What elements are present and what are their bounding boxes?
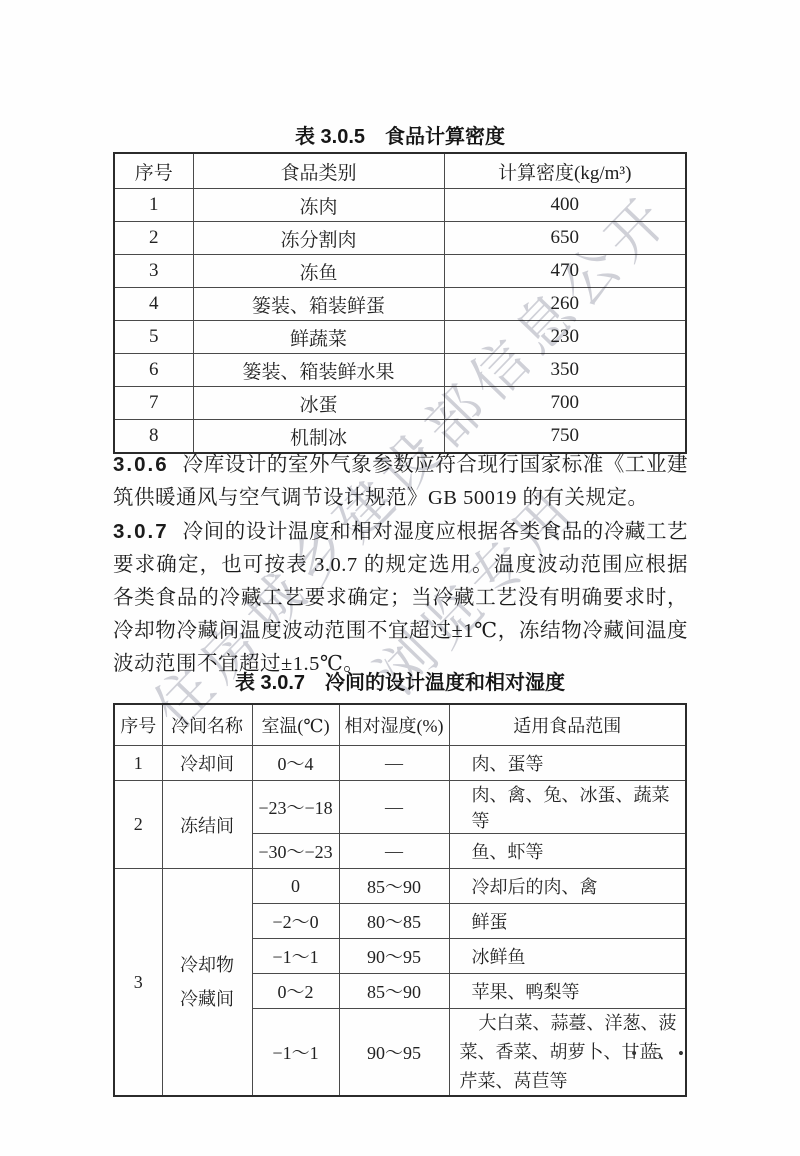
- clause-number: 3.0.6: [113, 453, 169, 476]
- cell-room-name: 冻结间: [162, 781, 252, 869]
- cell-humidity: —: [339, 781, 449, 834]
- table-row: 2 冻分割肉 650: [114, 222, 686, 255]
- table-row: 1 冻肉 400: [114, 189, 686, 222]
- table-row: 7 冰蛋 700: [114, 387, 686, 420]
- cell-foods: 鱼、虾等: [449, 834, 686, 869]
- cell-density: 260: [444, 288, 686, 321]
- cell-humidity: —: [339, 834, 449, 869]
- cell-temp: 0: [252, 869, 339, 904]
- table-row: 5 鲜蔬菜 230: [114, 321, 686, 354]
- table-row: 4 篓装、箱装鲜蛋 260: [114, 288, 686, 321]
- cell-density: 650: [444, 222, 686, 255]
- cell-temp: 0～4: [252, 746, 339, 781]
- cell-seq: 1: [114, 746, 162, 781]
- clause-3-0-7: 3.0.7冷间的设计温度和相对湿度应根据各类食品的冷藏工艺要求确定，也可按表 3…: [113, 515, 688, 681]
- cell-seq: 6: [114, 354, 193, 387]
- cell-category: 冻肉: [193, 189, 444, 222]
- t2-header-foods: 适用食品范围: [449, 704, 686, 746]
- cell-seq: 5: [114, 321, 193, 354]
- cell-density: 700: [444, 387, 686, 420]
- table-row: 3 冻鱼 470: [114, 255, 686, 288]
- cell-temp: −30～−23: [252, 834, 339, 869]
- table-3-0-5-title: 表 3.0.5 食品计算密度: [0, 120, 800, 149]
- cell-humidity: 85～90: [339, 974, 449, 1009]
- cell-foods: 肉、禽、兔、冰蛋、蔬菜等: [449, 781, 686, 834]
- t1-header-category: 食品类别: [193, 153, 444, 189]
- page-number: • 5 •: [0, 1044, 690, 1064]
- cell-temp: −1～1: [252, 939, 339, 974]
- cell-category: 冻分割肉: [193, 222, 444, 255]
- clause-text: 冷间的设计温度和相对湿度应根据各类食品的冷藏工艺要求确定，也可按表 3.0.7 …: [113, 521, 688, 675]
- cell-category: 冻鱼: [193, 255, 444, 288]
- cell-humidity: 85～90: [339, 869, 449, 904]
- table-header-row: 序号 食品类别 计算密度(kg/m³): [114, 153, 686, 189]
- t2-header-seq: 序号: [114, 704, 162, 746]
- table-3-0-5: 序号 食品类别 计算密度(kg/m³) 1 冻肉 400 2 冻分割肉 650 …: [113, 152, 687, 454]
- cell-foods: 冰鲜鱼: [449, 939, 686, 974]
- clause-3-0-6: 3.0.6冷库设计的室外气象参数应符合现行国家标准《工业建筑供暖通风与空气调节设…: [113, 448, 688, 515]
- cell-seq: 2: [114, 222, 193, 255]
- cell-humidity: —: [339, 746, 449, 781]
- table-row: 6 篓装、箱装鲜水果 350: [114, 354, 686, 387]
- t2-header-room-temp: 室温(℃): [252, 704, 339, 746]
- t2-header-humidity: 相对湿度(%): [339, 704, 449, 746]
- table-row: 2 冻结间 −23～−18 — 肉、禽、兔、冰蛋、蔬菜等: [114, 781, 686, 834]
- cell-density: 230: [444, 321, 686, 354]
- cell-foods: 冷却后的肉、禽: [449, 869, 686, 904]
- cell-category: 篓装、箱装鲜水果: [193, 354, 444, 387]
- cell-seq: 7: [114, 387, 193, 420]
- cell-density: 470: [444, 255, 686, 288]
- cell-temp: −2～0: [252, 904, 339, 939]
- cell-foods: 苹果、鸭梨等: [449, 974, 686, 1009]
- cell-seq: 3: [114, 255, 193, 288]
- cell-seq: 2: [114, 781, 162, 869]
- room-name-text: 冷却物冷藏间: [180, 948, 235, 1016]
- cell-foods: 肉、蛋等: [449, 746, 686, 781]
- t1-header-seq: 序号: [114, 153, 193, 189]
- table-3-0-7-title: 表 3.0.7 冷间的设计温度和相对湿度: [0, 666, 800, 695]
- clause-text: 冷库设计的室外气象参数应符合现行国家标准《工业建筑供暖通风与空气调节设计规范》G…: [113, 454, 688, 509]
- t2-header-room-name: 冷间名称: [162, 704, 252, 746]
- table-header-row: 序号 冷间名称 室温(℃) 相对湿度(%) 适用食品范围: [114, 704, 686, 746]
- cell-room-name: 冷却间: [162, 746, 252, 781]
- table-3-0-7: 序号 冷间名称 室温(℃) 相对湿度(%) 适用食品范围 1 冷却间 0～4 —…: [113, 703, 687, 1097]
- clause-number: 3.0.7: [113, 520, 169, 543]
- table-row: 3 冷却物冷藏间 0 85～90 冷却后的肉、禽: [114, 869, 686, 904]
- cell-category: 鲜蔬菜: [193, 321, 444, 354]
- cell-humidity: 90～95: [339, 939, 449, 974]
- cell-seq: 1: [114, 189, 193, 222]
- cell-category: 冰蛋: [193, 387, 444, 420]
- cell-category: 篓装、箱装鲜蛋: [193, 288, 444, 321]
- cell-temp: 0～2: [252, 974, 339, 1009]
- cell-seq: 4: [114, 288, 193, 321]
- document-page: 住房城乡建设部信息公开 浏览专用 表 3.0.5 食品计算密度 序号 食品类别 …: [0, 0, 800, 1156]
- cell-temp: −23～−18: [252, 781, 339, 834]
- cell-density: 350: [444, 354, 686, 387]
- t1-header-density: 计算密度(kg/m³): [444, 153, 686, 189]
- cell-humidity: 80～85: [339, 904, 449, 939]
- cell-foods: 鲜蛋: [449, 904, 686, 939]
- cell-density: 400: [444, 189, 686, 222]
- table-row: 1 冷却间 0～4 — 肉、蛋等: [114, 746, 686, 781]
- clauses-block: 3.0.6冷库设计的室外气象参数应符合现行国家标准《工业建筑供暖通风与空气调节设…: [113, 448, 688, 681]
